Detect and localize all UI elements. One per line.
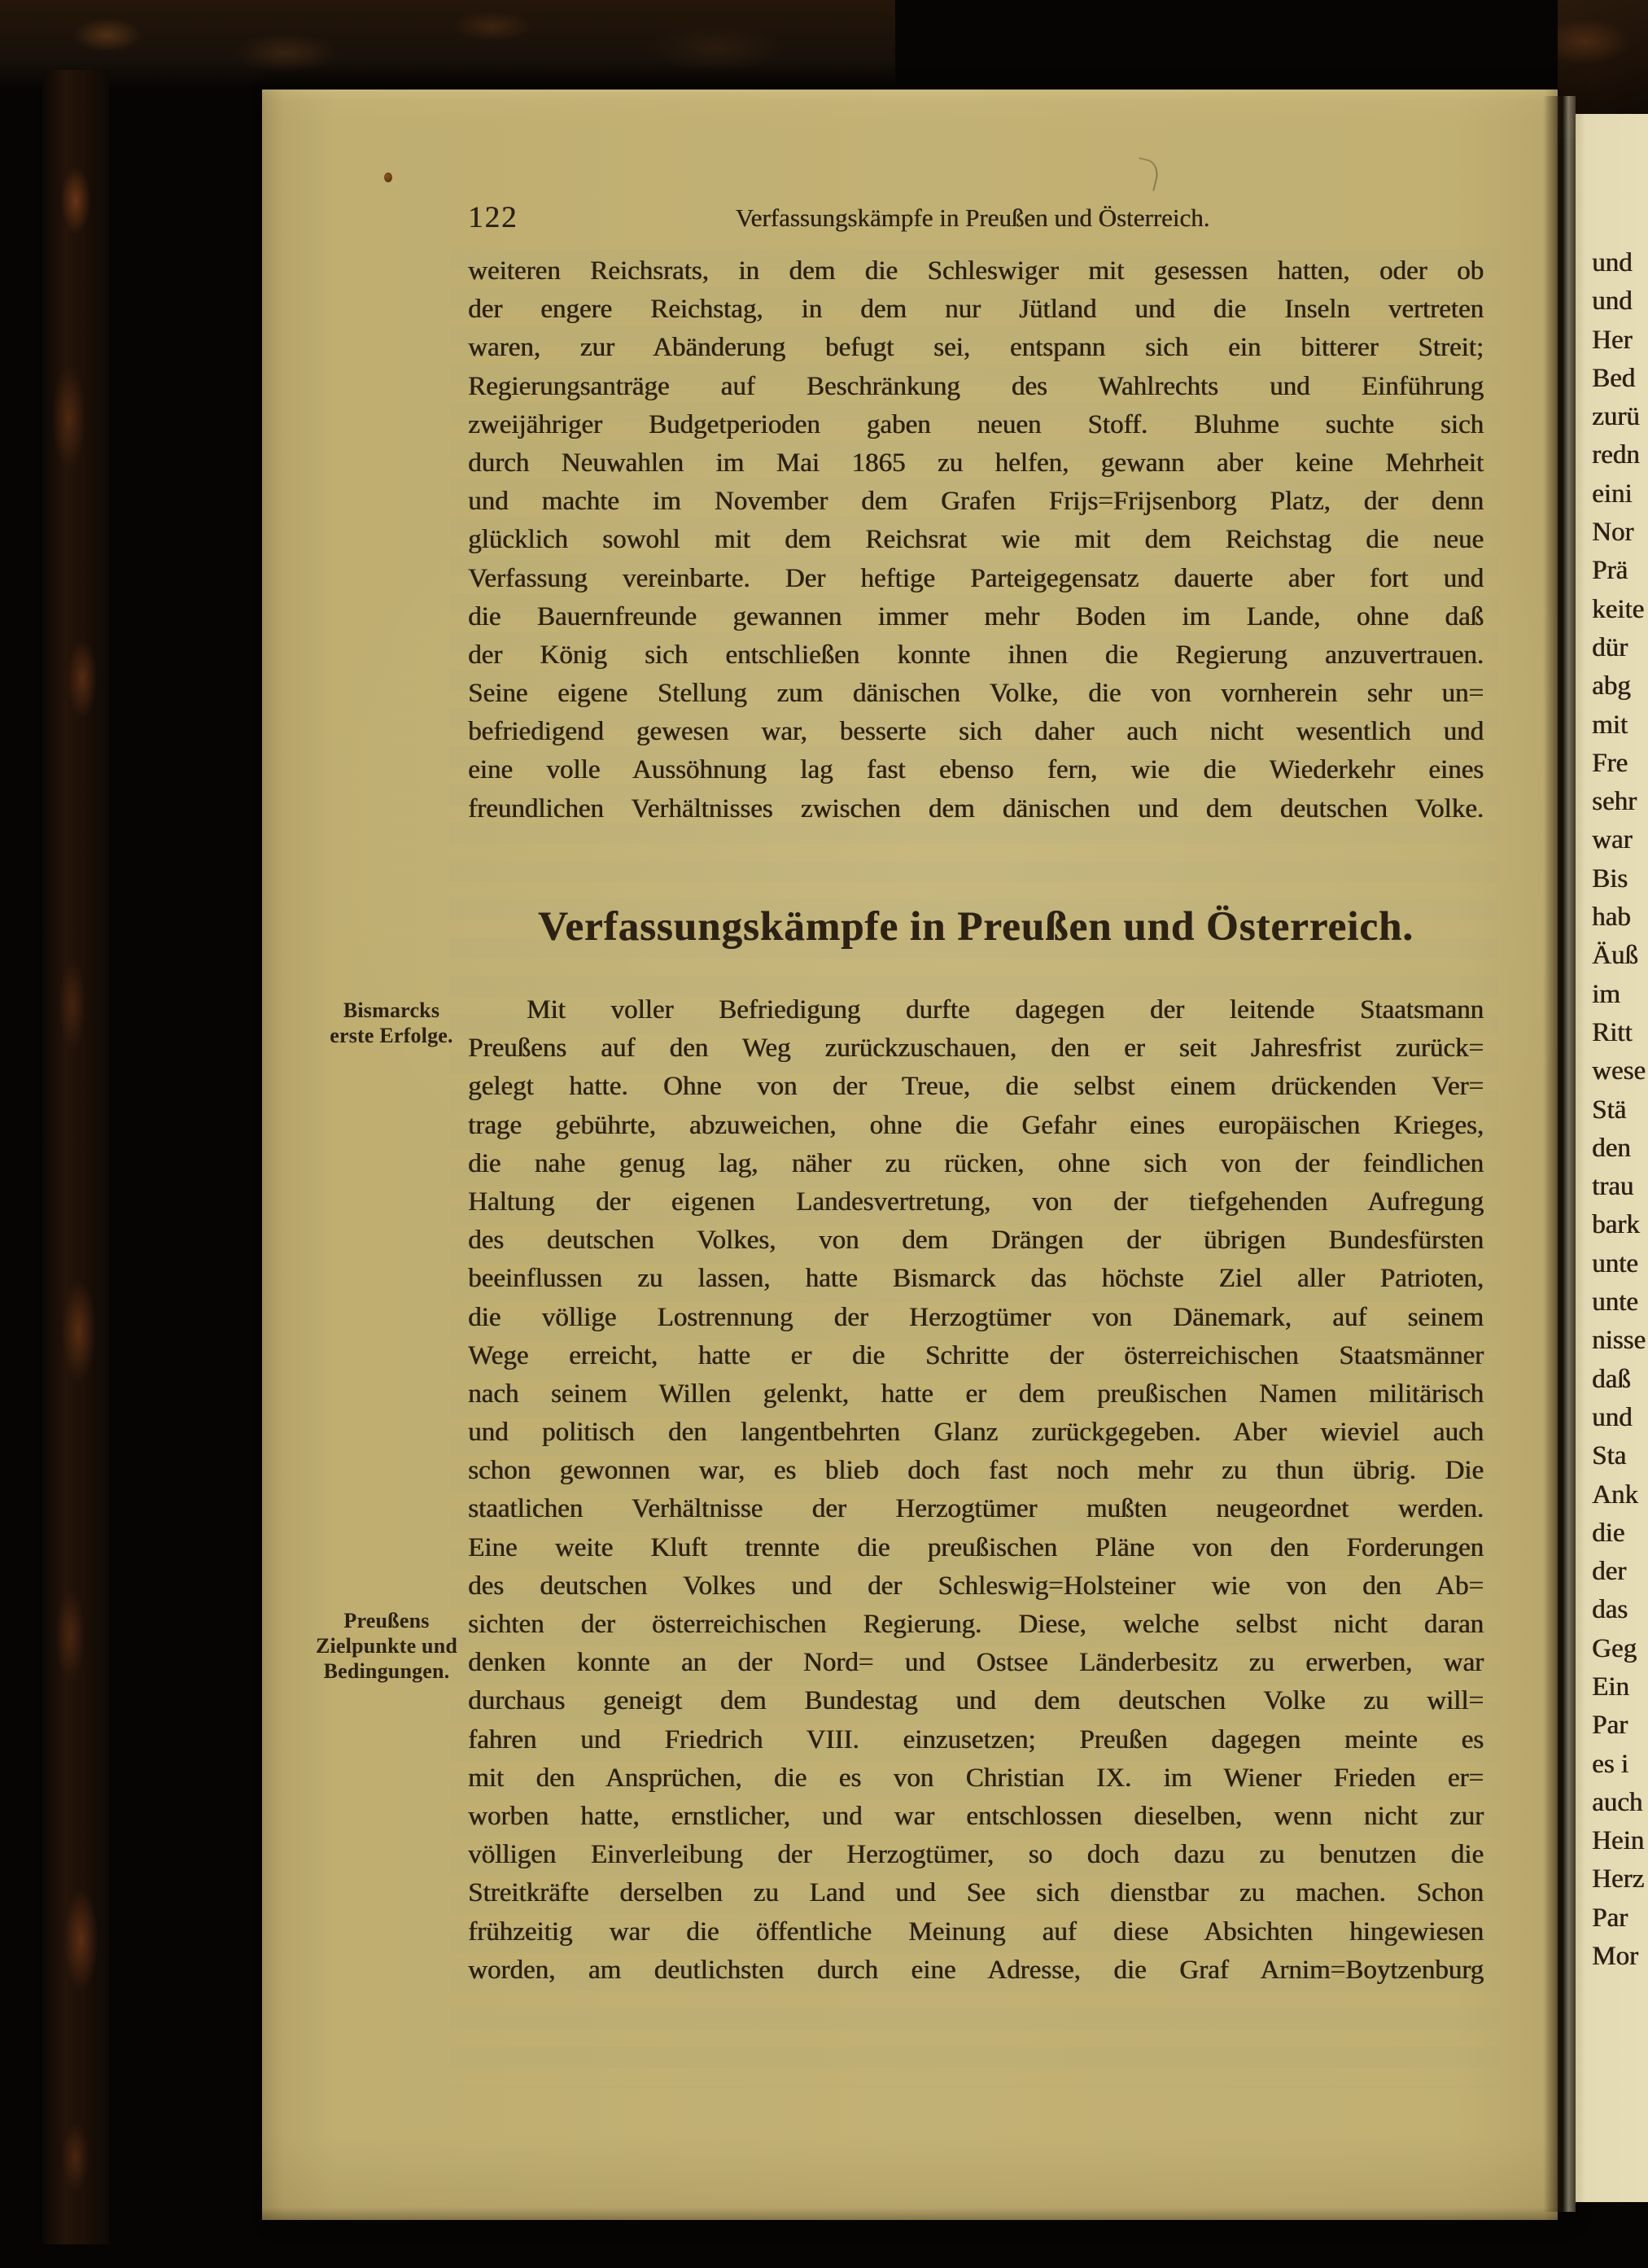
fragment-line: Stä xyxy=(1592,1091,1648,1130)
text-line: schon gewonnen war, es blieb doch fast n… xyxy=(468,1452,1484,1490)
text-line: der engere Reichstag, in dem nur Jütland… xyxy=(468,291,1484,329)
text-line: durchaus geneigt dem Bundestag und dem d… xyxy=(468,1682,1484,1720)
fragment-line: der xyxy=(1592,1553,1648,1591)
text-line: zweijähriger Budgetperioden gaben neuen … xyxy=(468,406,1484,444)
book-cover-left-edge xyxy=(42,70,109,2244)
margin-note-line: Bedingungen. xyxy=(311,1658,462,1684)
text-line: Mit voller Befriedigung durfte dagegen d… xyxy=(468,991,1484,1029)
text-line: beeinflussen zu lassen, hatte Bismarck d… xyxy=(468,1260,1484,1298)
fragment-line: wese xyxy=(1592,1052,1648,1090)
text-line: denken konnte an der Nord= und Ostsee Lä… xyxy=(468,1644,1484,1682)
fragment-line: Sta xyxy=(1592,1437,1648,1475)
fragment-line: redn xyxy=(1592,436,1648,474)
section-paragraph: Mit voller Befriedigung durfte dagegen d… xyxy=(468,991,1484,1990)
text-line: die nahe genug lag, näher zu rücken, ohn… xyxy=(468,1145,1484,1183)
fragment-line: und xyxy=(1592,244,1648,282)
running-header: Verfassungskämpfe in Preußen und Österre… xyxy=(606,203,1339,233)
fragment-line: daß xyxy=(1592,1361,1648,1399)
fragment-line: Par xyxy=(1592,1706,1648,1745)
page-stack-fore-edges xyxy=(109,78,265,2249)
text-line: nach seinem Willen gelenkt, hatte er dem… xyxy=(468,1375,1484,1414)
fragment-line: auch xyxy=(1592,1784,1648,1822)
text-line: völligen Einverleibung der Herzogtümer, … xyxy=(468,1836,1484,1874)
margin-note-line: Zielpunkte und xyxy=(311,1633,462,1658)
fragment-line: hab xyxy=(1592,898,1648,937)
fragment-line: das xyxy=(1592,1591,1648,1629)
fragment-line: Fre xyxy=(1592,745,1648,783)
fragment-line: und xyxy=(1592,1399,1648,1437)
fragment-line: Ank xyxy=(1592,1476,1648,1514)
margin-note-bismarcks-erste-erfolge: Bismarckserste Erfolge. xyxy=(316,998,467,1048)
fragment-line: den xyxy=(1592,1130,1648,1168)
fragment-line: Bis xyxy=(1592,860,1648,898)
text-line: des deutschen Volkes, von dem Drängen de… xyxy=(468,1221,1484,1260)
text-line: waren, zur Abänderung befugt sei, entspa… xyxy=(468,329,1484,367)
fragment-line: war xyxy=(1592,821,1648,859)
text-line: fahren und Friedrich VIII. einzusetzen; … xyxy=(468,1721,1484,1759)
fragment-line: unte xyxy=(1592,1245,1648,1283)
fragment-line: abg xyxy=(1592,667,1648,706)
book-cover-top-marbling xyxy=(0,0,895,88)
text-line: worden, am deutlichsten durch eine Adres… xyxy=(468,1951,1484,1990)
text-line: Eine weite Kluft trennte die preußischen… xyxy=(468,1529,1484,1567)
fragment-line: sehr xyxy=(1592,783,1648,821)
fragment-line: zurü xyxy=(1592,398,1648,436)
text-line: gelegt hatte. Ohne von der Treue, die se… xyxy=(468,1068,1484,1106)
text-line: und machte im November dem Grafen Frijs=… xyxy=(468,483,1484,521)
fragment-line: eini xyxy=(1592,475,1648,513)
text-line: trage gebührte, abzuweichen, ohne die Ge… xyxy=(468,1107,1484,1145)
fragment-line: Äuß xyxy=(1592,937,1648,975)
text-line: glücklich sowohl mit dem Reichsrat wie m… xyxy=(468,521,1484,559)
text-line: Verfassung vereinbarte. Der heftige Part… xyxy=(468,560,1484,598)
fragment-line: Prä xyxy=(1592,552,1648,590)
fragment-line: nisse xyxy=(1592,1322,1648,1360)
fragment-line: dür xyxy=(1592,629,1648,667)
text-line: frühzeitig war die öffentliche Meinung a… xyxy=(468,1913,1484,1951)
fragment-line: keite xyxy=(1592,591,1648,629)
text-line: und politisch den langentbehrten Glanz z… xyxy=(468,1414,1484,1452)
text-line: Wege erreicht, hatte er die Schritte der… xyxy=(468,1337,1484,1375)
margin-note-line: erste Erfolge. xyxy=(316,1023,467,1048)
text-line: der König sich entschließen konnte ihnen… xyxy=(468,636,1484,675)
text-line: die völlige Lostrennung der Herzogtümer … xyxy=(468,1299,1484,1337)
text-line: staatlichen Verhältnisse der Herzogtümer… xyxy=(468,1490,1484,1528)
paragraph-continuation: weiteren Reichsrats, in dem die Schleswi… xyxy=(468,252,1484,828)
fragment-line: Nor xyxy=(1592,513,1648,552)
page-header: 122 Verfassungskämpfe in Preußen und Öst… xyxy=(468,197,1484,238)
text-line: befriedigend gewesen war, besserte sich … xyxy=(468,713,1484,751)
book-photograph: { "book": { "page_number": "122", "runni… xyxy=(0,0,1648,2268)
fragment-line: Bed xyxy=(1592,360,1648,398)
fragment-line: Ein xyxy=(1592,1668,1648,1706)
facing-page-text-column: undundHerBedzurüredneiniNorPräkeitedürab… xyxy=(1592,244,1648,1976)
facing-page-partial: undundHerBedzurüredneiniNorPräkeitedürab… xyxy=(1576,114,1648,2202)
fragment-line: und xyxy=(1592,282,1648,321)
text-line: freundlichen Verhältnisses zwischen dem … xyxy=(468,790,1484,828)
fragment-line: mit xyxy=(1592,706,1648,745)
ink-speck xyxy=(384,173,392,182)
text-line: Streitkräfte derselben zu Land und See s… xyxy=(468,1874,1484,1912)
fragment-line: bark xyxy=(1592,1206,1648,1244)
text-line: eine volle Aussöhnung lag fast ebenso fe… xyxy=(468,751,1484,789)
text-line: die Bauernfreunde gewannen immer mehr Bo… xyxy=(468,598,1484,636)
text-line: mit den Ansprüchen, die es von Christian… xyxy=(468,1759,1484,1798)
text-line: worben hatte, ernstlicher, und war entsc… xyxy=(468,1798,1484,1836)
page-gutter-shadow xyxy=(1543,96,1576,2212)
fragment-line: Par xyxy=(1592,1899,1648,1938)
text-line: des deutschen Volkes und der Schleswig=H… xyxy=(468,1567,1484,1606)
fragment-line: es i xyxy=(1592,1746,1648,1784)
page-number: 122 xyxy=(468,200,518,235)
text-line: Regierungsanträge auf Beschränkung des W… xyxy=(468,368,1484,406)
text-line: Seine eigene Stellung zum dänischen Volk… xyxy=(468,675,1484,713)
text-line: Haltung der eigenen Landesvertretung, vo… xyxy=(468,1183,1484,1221)
text-line: sichten der österreichischen Regierung. … xyxy=(468,1606,1484,1644)
left-book-page: 122 Verfassungskämpfe in Preußen und Öst… xyxy=(262,90,1558,2220)
text-line: Preußens auf den Weg zurückzuschauen, de… xyxy=(468,1029,1484,1068)
fragment-line: die xyxy=(1592,1514,1648,1553)
fragment-line: Mor xyxy=(1592,1938,1648,1976)
fragment-line: Herz xyxy=(1592,1860,1648,1899)
text-line: durch Neuwahlen im Mai 1865 zu helfen, g… xyxy=(468,444,1484,483)
fragment-line: im xyxy=(1592,976,1648,1014)
margin-note-preussens-zielpunkte: PreußensZielpunkte undBedingungen. xyxy=(311,1608,462,1684)
fragment-line: trau xyxy=(1592,1168,1648,1206)
margin-note-line: Preußens xyxy=(311,1608,462,1633)
fragment-line: Geg xyxy=(1592,1630,1648,1668)
fragment-line: Hein xyxy=(1592,1822,1648,1860)
fragment-line: Ritt xyxy=(1592,1014,1648,1052)
margin-note-line: Bismarcks xyxy=(316,998,467,1023)
text-line: weiteren Reichsrats, in dem die Schleswi… xyxy=(468,252,1484,291)
fragment-line: Her xyxy=(1592,321,1648,360)
fragment-line: unte xyxy=(1592,1283,1648,1322)
section-heading: Verfassungskämpfe in Preußen und Österre… xyxy=(468,903,1484,950)
